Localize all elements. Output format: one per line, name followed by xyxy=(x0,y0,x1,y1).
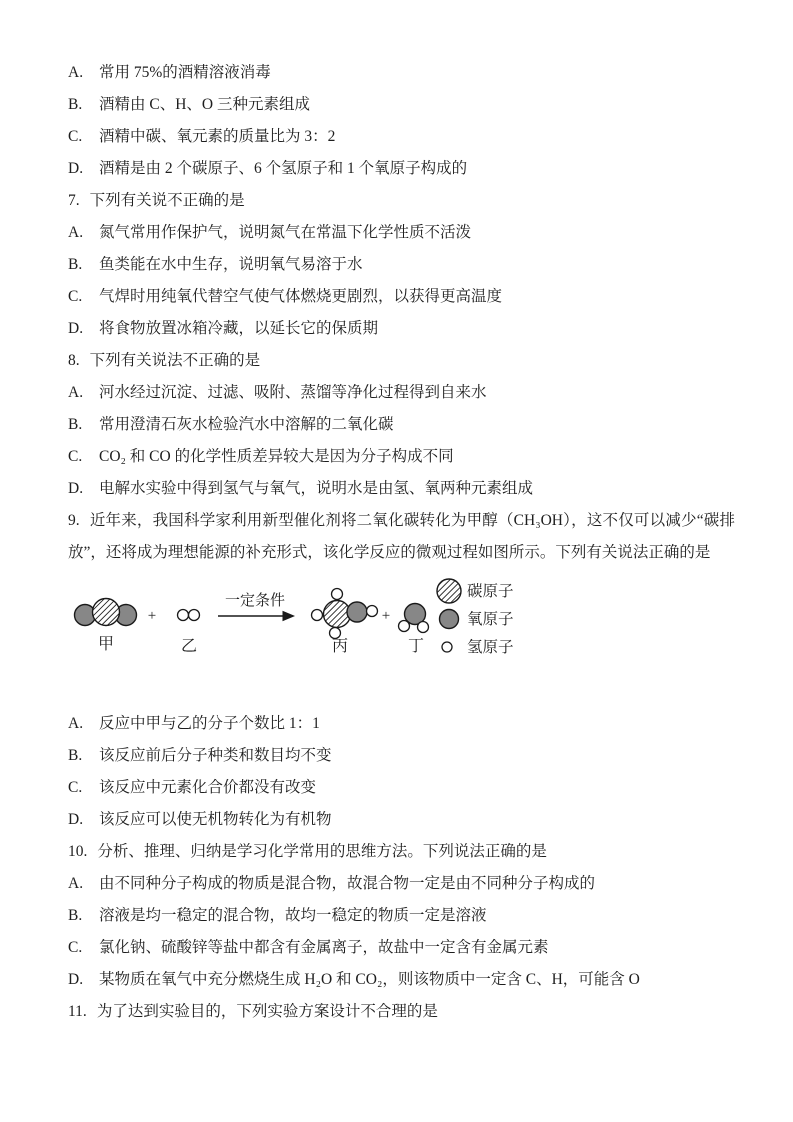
exam-page: A.常用 75%的酒精溶液消毒 B.酒精由 C、H、O 三种元素组成 C.酒精中… xyxy=(0,0,793,1122)
q6-option-c: C.酒精中碳、氧元素的质量比为 3：2 xyxy=(68,121,735,153)
atom-legend: 碳原子 氧原子 氢原子 xyxy=(437,579,514,656)
option-text: 常用 75%的酒精溶液消毒 xyxy=(99,64,271,81)
option-text: 某物质在氧气中充分燃烧生成 H₂O 和 CO₂，则该物质中一定含 C、H，可能含… xyxy=(99,971,640,988)
question-number: 9. xyxy=(68,512,80,529)
molecule-label: 丙 xyxy=(332,637,348,655)
q8-option-c: C.CO₂ 和 CO 的化学性质差异较大是因为分子构成不同 xyxy=(68,441,735,473)
option-text: 酒精是由 2 个碳原子、6 个氢原子和 1 个氧原子构成的 xyxy=(99,160,467,177)
hydrogen-atom xyxy=(189,610,200,621)
plus-sign: + xyxy=(382,608,390,624)
q8-option-d: D.电解水实验中得到氢气与氧气，说明水是由氢、氧两种元素组成 xyxy=(68,473,735,505)
option-text: 气焊时用纯氧代替空气使气体燃烧更剧烈，以获得更高温度 xyxy=(99,288,502,305)
q10-option-b: B.溶液是均一稳定的混合物，故均一稳定的物质一定是溶液 xyxy=(68,900,735,932)
molecule-label: 甲 xyxy=(98,635,114,653)
option-label: B. xyxy=(68,740,99,772)
q8-option-a: A.河水经过沉淀、过滤、吸附、蒸馏等净化过程得到自来水 xyxy=(68,377,735,409)
reaction-diagram-svg: 甲 + 乙 一定条件 丙 xyxy=(68,575,538,670)
molecule-label: 丁 xyxy=(408,637,424,655)
option-label: A. xyxy=(68,57,99,89)
hydrogen-atom xyxy=(418,622,429,633)
q9-option-d: D.该反应可以使无机物转化为有机物 xyxy=(68,804,735,836)
hydrogen-atom xyxy=(330,628,341,639)
q6-option-a: A.常用 75%的酒精溶液消毒 xyxy=(68,57,735,89)
q10-stem: 10.分析、推理、归纳是学习化学常用的思维方法。下列说法正确的是 xyxy=(68,836,735,868)
q9-stem: 9.近年来，我国科学家利用新型催化剂将二氧化碳转化为甲醇（CH₃OH），这不仅可… xyxy=(68,505,735,569)
option-text: 该反应前后分子种类和数目均不变 xyxy=(99,747,332,764)
option-text: 由不同种分子构成的物质是混合物，故混合物一定是由不同种分子构成的 xyxy=(99,875,595,892)
q7-option-b: B.鱼类能在水中生存，说明氧气易溶于水 xyxy=(68,249,735,281)
option-label: D. xyxy=(68,473,99,505)
condition-label: 一定条件 xyxy=(225,592,285,609)
molecule-ding-h2o: 丁 xyxy=(399,604,429,656)
option-text: 酒精由 C、H、O 三种元素组成 xyxy=(99,96,310,113)
q10-option-a: A.由不同种分子构成的物质是混合物，故混合物一定是由不同种分子构成的 xyxy=(68,868,735,900)
molecule-yi-h2: 乙 xyxy=(178,610,200,656)
option-label: A. xyxy=(68,217,99,249)
hydrogen-atom xyxy=(178,610,189,621)
option-label: C. xyxy=(68,772,99,804)
option-text: 河水经过沉淀、过滤、吸附、蒸馏等净化过程得到自来水 xyxy=(99,384,487,401)
oxygen-atom-legend-icon xyxy=(440,610,459,629)
option-text: 该反应中元素化合价都没有改变 xyxy=(99,779,316,796)
molecule-jia-co2: 甲 xyxy=(75,599,137,654)
legend-label-hydrogen: 氢原子 xyxy=(467,638,514,656)
molecule-bing-ch3oh: 丙 xyxy=(312,589,378,656)
option-label: C. xyxy=(68,281,99,313)
option-label: D. xyxy=(68,153,99,185)
hydrogen-atom xyxy=(332,589,343,600)
reaction-diagram: 甲 + 乙 一定条件 丙 xyxy=(68,575,735,708)
question-number: 7. xyxy=(68,192,80,209)
question-number: 8. xyxy=(68,352,80,369)
option-label: A. xyxy=(68,377,99,409)
q7-option-a: A.氮气常用作保护气，说明氮气在常温下化学性质不活泼 xyxy=(68,217,735,249)
option-text: 氮气常用作保护气，说明氮气在常温下化学性质不活泼 xyxy=(99,224,471,241)
option-text: 将食物放置冰箱冷藏，以延长它的保质期 xyxy=(99,320,378,337)
q11-stem: 11.为了达到实验目的，下列实验方案设计不合理的是 xyxy=(68,996,735,1028)
molecule-label: 乙 xyxy=(181,638,197,655)
question-number: 11. xyxy=(68,1003,87,1020)
hydrogen-atom xyxy=(312,610,323,621)
carbon-atom xyxy=(324,601,351,628)
question-number: 10. xyxy=(68,843,87,860)
option-label: D. xyxy=(68,313,99,345)
option-label: A. xyxy=(68,708,99,740)
hydrogen-atom-legend-icon xyxy=(442,642,452,652)
hydrogen-atom xyxy=(399,621,410,632)
q10-option-d: D.某物质在氧气中充分燃烧生成 H₂O 和 CO₂，则该物质中一定含 C、H，可… xyxy=(68,964,735,996)
option-label: C. xyxy=(68,121,99,153)
q7-stem: 7.下列有关说不正确的是 xyxy=(68,185,735,217)
carbon-atom xyxy=(93,599,120,626)
oxygen-atom xyxy=(347,602,367,622)
option-text: 该反应可以使无机物转化为有机物 xyxy=(99,811,332,828)
legend-label-carbon: 碳原子 xyxy=(467,582,514,600)
question-text: 近年来，我国科学家利用新型催化剂将二氧化碳转化为甲醇（CH₃OH），这不仅可以减… xyxy=(68,512,735,561)
plus-sign: + xyxy=(148,608,156,624)
option-text: 酒精中碳、氧元素的质量比为 3：2 xyxy=(99,128,335,145)
option-label: C. xyxy=(68,932,99,964)
q6-option-b: B.酒精由 C、H、O 三种元素组成 xyxy=(68,89,735,121)
q10-option-c: C.氯化钠、硫酸锌等盐中都含有金属离子，故盐中一定含有金属元素 xyxy=(68,932,735,964)
arrow-head xyxy=(283,611,296,621)
option-text: 反应中甲与乙的分子个数比 1：1 xyxy=(99,715,320,732)
option-text: 溶液是均一稳定的混合物，故均一稳定的物质一定是溶液 xyxy=(99,907,487,924)
q8-option-b: B.常用澄清石灰水检验汽水中溶解的二氧化碳 xyxy=(68,409,735,441)
question-text: 下列有关说不正确的是 xyxy=(90,192,245,209)
legend-label-oxygen: 氧原子 xyxy=(467,610,514,628)
hydrogen-atom xyxy=(367,606,378,617)
option-label: D. xyxy=(68,804,99,836)
carbon-atom-legend-icon xyxy=(437,579,461,603)
option-label: B. xyxy=(68,249,99,281)
option-label: C. xyxy=(68,441,99,473)
q9-option-c: C.该反应中元素化合价都没有改变 xyxy=(68,772,735,804)
reaction-arrow: 一定条件 xyxy=(218,592,295,621)
question-text: 下列有关说法不正确的是 xyxy=(90,352,261,369)
option-label: B. xyxy=(68,409,99,441)
option-text: 常用澄清石灰水检验汽水中溶解的二氧化碳 xyxy=(99,416,394,433)
option-text: 电解水实验中得到氢气与氧气，说明水是由氢、氧两种元素组成 xyxy=(99,480,533,497)
question-text: 为了达到实验目的，下列实验方案设计不合理的是 xyxy=(97,1003,438,1020)
q7-option-d: D.将食物放置冰箱冷藏，以延长它的保质期 xyxy=(68,313,735,345)
option-text: CO₂ 和 CO 的化学性质差异较大是因为分子构成不同 xyxy=(99,448,454,465)
option-text: 氯化钠、硫酸锌等盐中都含有金属离子，故盐中一定含有金属元素 xyxy=(99,939,549,956)
question-text: 分析、推理、归纳是学习化学常用的思维方法。下列说法正确的是 xyxy=(97,843,547,860)
option-text: 鱼类能在水中生存，说明氧气易溶于水 xyxy=(99,256,363,273)
option-label: B. xyxy=(68,89,99,121)
option-label: B. xyxy=(68,900,99,932)
q9-option-a: A.反应中甲与乙的分子个数比 1：1 xyxy=(68,708,735,740)
option-label: D. xyxy=(68,964,99,996)
q8-stem: 8.下列有关说法不正确的是 xyxy=(68,345,735,377)
option-label: A. xyxy=(68,868,99,900)
q7-option-c: C.气焊时用纯氧代替空气使气体燃烧更剧烈，以获得更高温度 xyxy=(68,281,735,313)
q9-option-b: B.该反应前后分子种类和数目均不变 xyxy=(68,740,735,772)
q6-option-d: D.酒精是由 2 个碳原子、6 个氢原子和 1 个氧原子构成的 xyxy=(68,153,735,185)
